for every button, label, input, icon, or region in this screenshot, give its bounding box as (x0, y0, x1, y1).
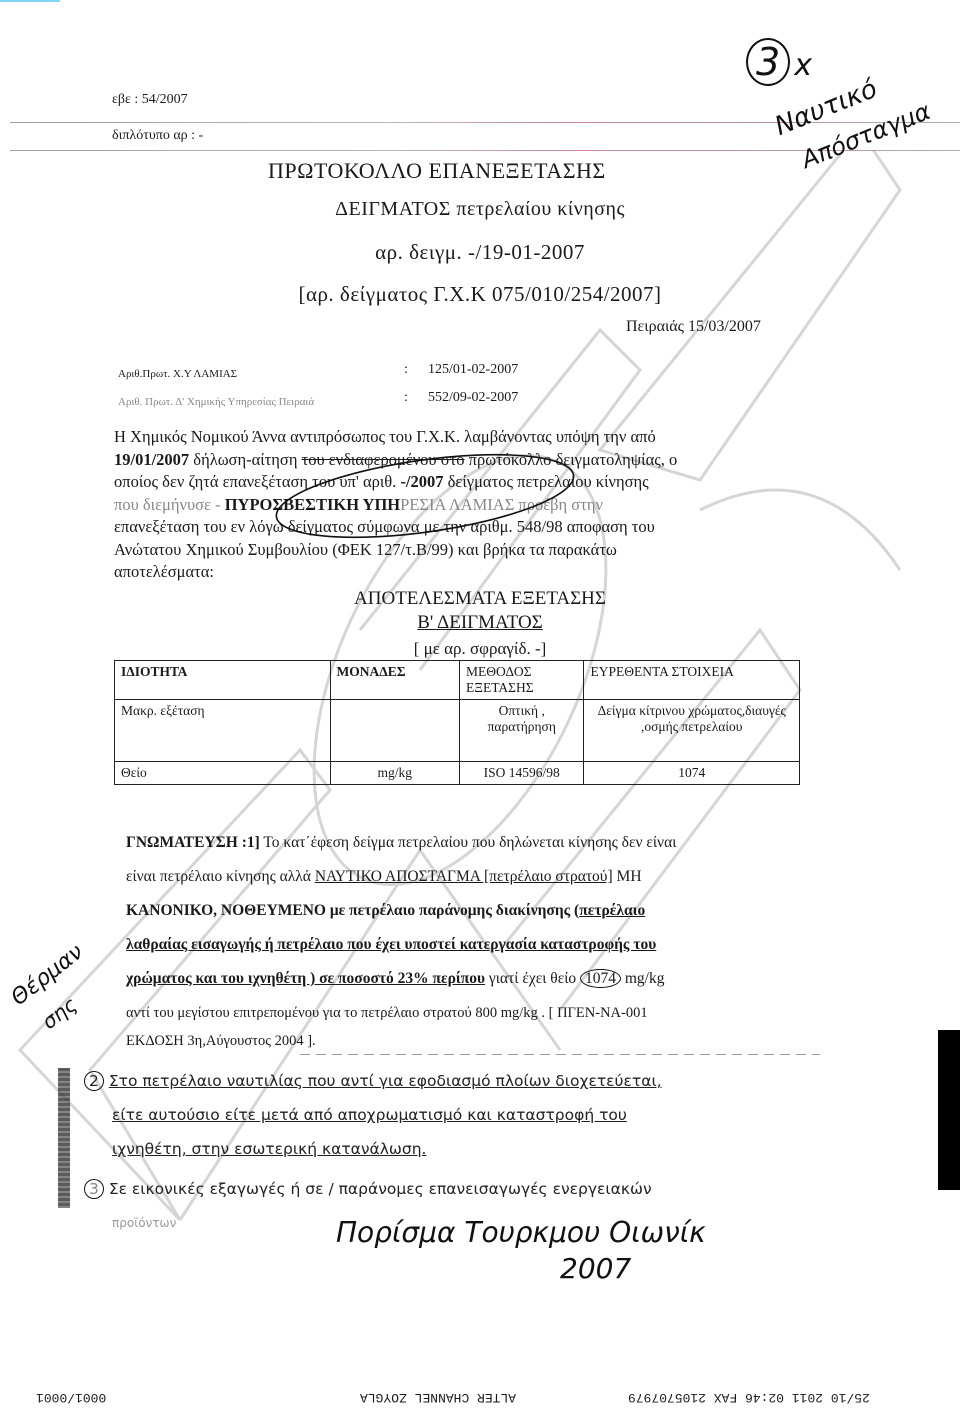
fax-sender: ALTER CHANNEL ZOYGLA (360, 1390, 516, 1405)
dashed-separator (300, 1054, 820, 1055)
item-number-2: 2 (84, 1071, 104, 1091)
intro-line-1: Η Χημικός Νομικού Άννα αντιπρόσωπος του … (114, 426, 804, 449)
gxk-sample-number: [αρ. δείγματος Γ.Χ.Κ 075/010/254/2007] (0, 282, 960, 307)
fax-datetime-number: 25/10 2011 02:46 FAX 2105707979 (628, 1390, 870, 1405)
opinion-line-5: χρώματος και του ιχνηθέτη ) σε ποσοστό 2… (126, 962, 812, 996)
annex-section: 2 Στο πετρέλαιο ναυτιλίας που αντί για ε… (84, 1064, 784, 1240)
annex-item-2-line-2: είτε αυτούσιο είτε μετά από αποχρωματισμ… (84, 1098, 784, 1132)
reference-label-1: Αριθ.Πρωτ. Χ.Υ ΛΑΜΙΑΣ (118, 368, 237, 380)
cell-method: Οπτική , παρατήρηση (460, 700, 584, 762)
table-header-row: ΙΔΙΟΤΗΤΑ ΜΟΝΑΔΕΣ ΜΕΘΟΔΟΣ ΕΞΕΤΑΣΗΣ ΕΥΡΕΘΕ… (115, 661, 800, 700)
opinion-line-3: ΚΑΝΟΝΙΚΟ, ΝΟΘΕΥΜΕΝΟ με πετρέλαιο παράνομ… (126, 894, 812, 928)
opinion-line-6: αντί του μεγίστου επιτρεπομένου για το π… (126, 996, 812, 1030)
results-title: ΑΠΟΤΕΛΕΣΜΑΤΑ ΕΞΕΤΑΣΗΣ (0, 588, 960, 610)
table-row: Μακρ. εξέταση Οπτική , παρατήρηση Δείγμα… (115, 700, 800, 762)
annex-item-2-line-1: 2 Στο πετρέλαιο ναυτιλίας που αντί για ε… (84, 1064, 784, 1098)
handwritten-note-left-1: Θέρμαν (7, 940, 89, 1011)
reference-label-2: Αριθ. Πρωτ. Δ' Χημικής Υπηρεσίας Πειραιά (118, 396, 314, 408)
naval-distillate: ΝΑΥΤΙΚΟ ΑΠΟΣΤΑΓΜΑ [πετρέλαιο στρατού] (315, 868, 613, 885)
handwritten-note-left-2: σης (37, 992, 81, 1034)
seal-number: [ με αρ. σφραγίδ. -] (0, 639, 960, 659)
cell-found: Δείγμα κίτρινου χρώματος,διαυγές ,οσμής … (584, 700, 800, 762)
scan-artifact-left (58, 1068, 70, 1208)
duplicate-number: διπλότυπο αρ : - (112, 128, 203, 144)
results-subtitle: Β' ΔΕΙΓΜΑΤΟΣ (0, 612, 960, 634)
annex-item-3-line-1: 3 Σε εικονικές εξαγωγές ή σε / παράνομες… (84, 1172, 784, 1206)
scan-artifact-right (938, 1030, 960, 1190)
annex-item-2-line-3: ιχνηθέτη, στην εσωτερική κατανάλωση. (84, 1132, 784, 1166)
opinion-line-2: είναι πετρέλαιο κίνησης αλλά ΝΑΥΤΙΚΟ ΑΠΟ… (126, 860, 812, 894)
reference-value-1: 125/01-02-2007 (428, 362, 518, 378)
opinion-line-4: λαθραίας εισαγωγής ή πετρέλαιο που έχει … (126, 928, 812, 962)
circled-number-annotation: 3x (746, 40, 812, 84)
column-header-property: ΙΔΙΟΤΗΤΑ (115, 661, 331, 700)
intro-line-7: αποτελέσματα: (114, 561, 804, 584)
hand-drawn-ellipse (270, 452, 590, 542)
document-title: ΠΡΩΤΟΚΟΛΛΟ ΕΠΑΝΕΞΕΤΑΣΗΣ (268, 158, 606, 184)
request-date: 19/01/2007 (114, 450, 189, 469)
reference-value-2: 552/09-02-2007 (428, 390, 518, 406)
cell-property: Θείο (115, 762, 331, 785)
opinion-paragraph: ΓΝΩΜΑΤΕΥΣΗ :1] Το κατ΄έφεση δείγμα πετρε… (126, 826, 812, 1052)
column-header-found: ΕΥΡΕΘΕΝΤΑ ΣΤΟΙΧΕΙΑ (584, 661, 800, 700)
opinion-line-1: ΓΝΩΜΑΤΕΥΣΗ :1] Το κατ΄έφεση δείγμα πετρε… (126, 826, 812, 860)
item-number-3: 3 (84, 1179, 104, 1199)
column-header-units: ΜΟΝΑΔΕΣ (330, 661, 460, 700)
sample-number: αρ. δειγμ. -/19-01-2007 (0, 240, 960, 265)
opinion-label: ΓΝΩΜΑΤΕΥΣΗ :1] (126, 834, 260, 851)
handwritten-note-year: 2007 (560, 1252, 631, 1285)
cell-method: ISO 14596/98 (460, 762, 584, 785)
cell-property: Μακρ. εξέταση (115, 700, 331, 762)
scan-edge-line (0, 0, 60, 2)
ebe-number: εβε : 54/2007 (112, 92, 188, 108)
cell-found: 1074 (584, 762, 800, 785)
cell-units: mg/kg (330, 762, 460, 785)
circled-sulfur-value: 1074 (580, 969, 621, 988)
handwritten-note-report: Πορίσμα Τουρκμου Οιωνίκ (336, 1216, 706, 1249)
cell-units (330, 700, 460, 762)
fax-page-count: 0001/0001 (36, 1390, 106, 1405)
reference-colon-1: : (404, 362, 408, 378)
document-subtitle: ΔΕΙΓΜΑΤΟΣ πετρελαίου κίνησης (0, 198, 960, 221)
results-table: ΙΔΙΟΤΗΤΑ ΜΟΝΑΔΕΣ ΜΕΘΟΔΟΣ ΕΞΕΤΑΣΗΣ ΕΥΡΕΘΕ… (114, 660, 800, 785)
column-header-method: ΜΕΘΟΔΟΣ ΕΞΕΤΑΣΗΣ (460, 661, 584, 700)
reference-colon-2: : (404, 390, 408, 406)
opinion-line-7: ΕΚΔΟΣΗ 3η,Αύγουστος 2004 ]. (126, 1030, 812, 1052)
place-date: Πειραιάς 15/03/2007 (626, 318, 761, 336)
table-row: Θείο mg/kg ISO 14596/98 1074 (115, 762, 800, 785)
